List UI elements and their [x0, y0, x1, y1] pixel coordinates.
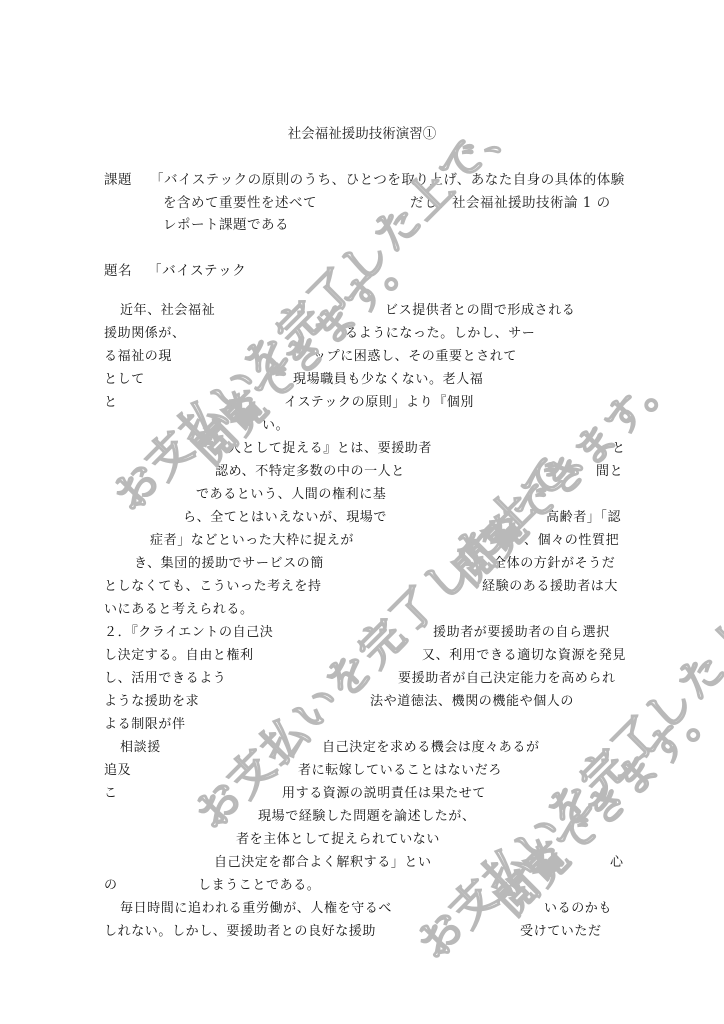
- body-line-4-left: として: [104, 368, 145, 387]
- document-title: 社会福祉援助技術演習①: [0, 122, 724, 142]
- body-line-27-left: 毎日時間に追われる重労働が、人権を守るべ: [120, 897, 392, 916]
- body-line-5-right: イステックの原則」より『個別: [284, 391, 474, 410]
- subject-value: 「バイステック: [148, 259, 246, 279]
- body-line-22-right: 用する資源の説明責任は果たせて: [282, 782, 486, 801]
- body-line-13-left: としなくても、こういった考えを持: [104, 575, 322, 594]
- assignment-line-2a: を含めて重要性を述べて: [163, 191, 317, 211]
- body-line-1-right: ビス提供者との間で形成される: [385, 299, 575, 318]
- body-line-25-right: 自己決定を都合よく解釈する」とい: [214, 851, 432, 870]
- body-line-13-far: 経験のある援助者は大: [482, 575, 618, 594]
- body-line-28-left: しれない。しかし、要援助者との良好な援助: [104, 920, 376, 939]
- body-line-14-left: いにあると考えられる。: [104, 598, 254, 617]
- body-line-9-right: であるという、人間の権利に基: [196, 483, 386, 502]
- body-line-20-right: 自己決定を求める機会は度々あるが: [322, 736, 540, 755]
- body-line-17-left: し、活用できるよう: [104, 667, 226, 686]
- document-page: 社会福祉援助技術演習① 課題 「バイステックの原則のうち、ひとつを取り上げ、あな…: [0, 0, 724, 1024]
- body-line-24-right: 者を主体として捉えられていない: [236, 828, 440, 847]
- body-line-21-right: 者に転嫁していることはないだろ: [298, 759, 502, 778]
- body-line-15-left: ２．『クライエントの自己決: [104, 621, 273, 640]
- body-line-8-right: 認め、不特定多数の中の一人と: [215, 460, 405, 479]
- body-line-7-right: 人として捉える』とは、要援助者: [228, 437, 432, 456]
- subject-label: 題名: [104, 259, 132, 279]
- body-line-20-left: 相談援: [120, 736, 161, 755]
- body-line-5-left: と: [104, 391, 118, 410]
- body-line-15-far: 援助者が要援助者の自ら選択: [433, 621, 610, 640]
- body-line-28-far: 受けていただ: [520, 920, 602, 939]
- watermark-3-line-2: 閲覧できます。: [482, 680, 724, 926]
- body-line-18-left: ような援助を求: [104, 690, 199, 709]
- body-line-16-far: 又、利用できる適切な資源を発見: [422, 644, 626, 663]
- body-line-16-left: し決定する。自由と権利: [104, 644, 254, 663]
- body-line-2-right: るようになった。しかし、サー: [345, 322, 535, 341]
- body-line-23-right: 現場で経験した問題を論述したが、: [258, 805, 476, 824]
- body-line-10-right: ら、全てとはいえないが、現場で: [183, 506, 387, 525]
- body-line-1-left: 近年、社会福祉: [120, 299, 215, 318]
- body-line-21-left: 追及: [104, 759, 131, 778]
- assignment-line-3: レポート課題である: [163, 213, 289, 233]
- body-line-19-left: よる制限が伴: [104, 713, 186, 732]
- body-line-17-far: 要援助者が自己決定能力を高められ: [398, 667, 616, 686]
- body-line-22-left: こ: [104, 782, 118, 801]
- body-line-26-right: しまうことである。: [198, 874, 320, 893]
- body-line-26-left: の: [104, 874, 118, 893]
- body-line-27-far: いるのかも: [544, 897, 612, 916]
- assignment-label: 課題: [104, 168, 132, 188]
- body-line-12-right: き、集団的援助でサービスの簡: [134, 552, 324, 571]
- body-line-3-left: る福祉の現: [104, 345, 172, 364]
- body-line-11-right: 症者」などといった大枠に捉えが: [150, 529, 354, 548]
- body-line-25-far: 心: [610, 851, 624, 870]
- body-line-18-far: 法や道徳法、機関の機能や個人の: [370, 690, 574, 709]
- body-line-2-left: 援助関係が、: [104, 322, 186, 341]
